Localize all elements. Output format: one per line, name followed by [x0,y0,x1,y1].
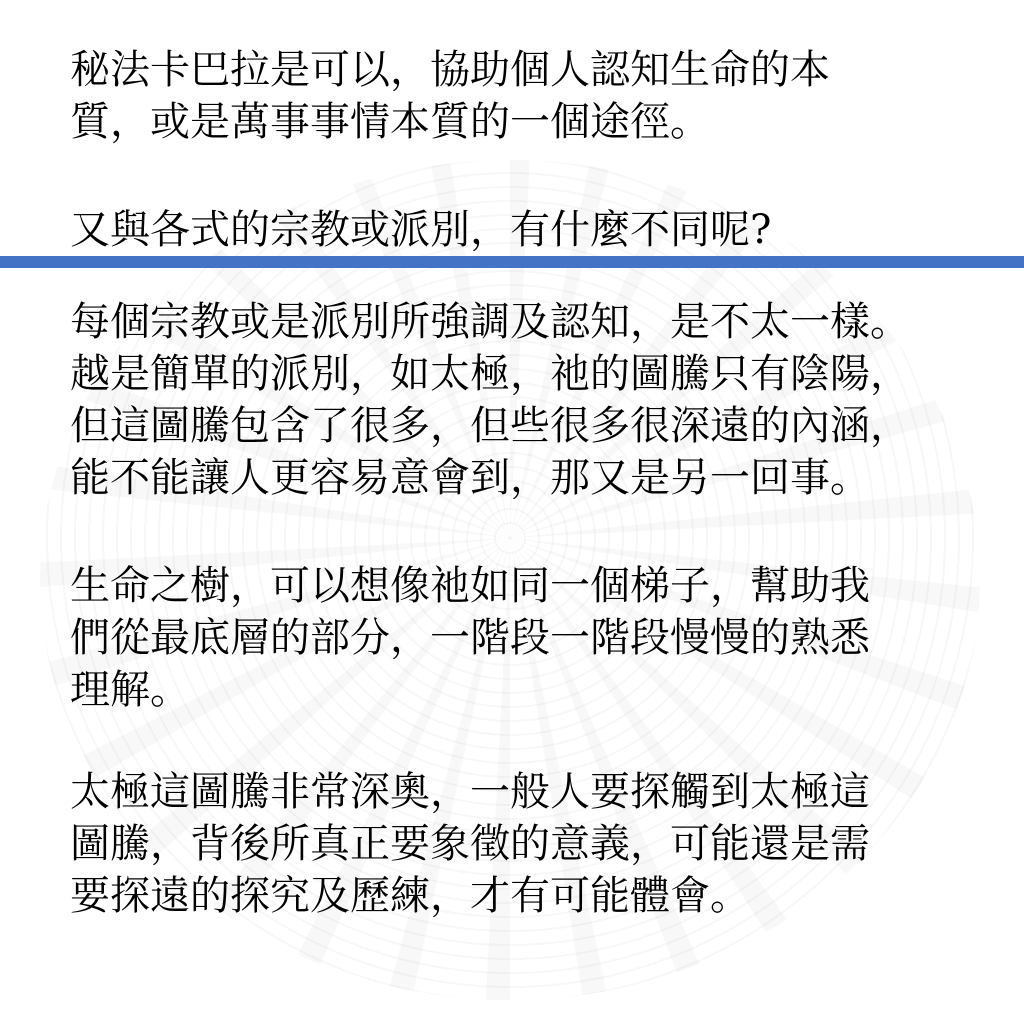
text-line: 越是簡單的派別，如太極，祂的圖騰只有陰陽， [70,348,910,400]
paragraph-religions: 每個宗教或是派別所強調及認知，是不太一樣。 越是簡單的派別，如太極，祂的圖騰只有… [70,296,910,504]
text-line: 要探遠的探究及歷練，才有可能體會。 [70,870,870,922]
text-line: 能不能讓人更容易意會到，那又是另一回事。 [70,452,910,504]
text-line: 圖騰，背後所真正要象徵的意義，可能還是需 [70,818,870,870]
text-line: 但這圖騰包含了很多，但些很多很深遠的內涵， [70,400,910,452]
text-line: 理解。 [70,664,870,716]
question-heading: 又與各式的宗教或派別，有什麼不同呢? [70,204,771,256]
text-line: 秘法卡巴拉是可以，協助個人認知生命的本 [70,44,830,96]
text-line: 們從最底層的部分，一階段一階段慢慢的熟悉 [70,612,870,664]
divider-bar [0,256,1024,268]
text-line: 太極這圖騰非常深奧，一般人要探觸到太極這 [70,766,870,818]
text-line: 質，或是萬事事情本質的一個途徑。 [70,96,830,148]
paragraph-tree-of-life: 生命之樹，可以想像祂如同一個梯子，幫助我 們從最底層的部分，一階段一階段慢慢的熟… [70,560,870,716]
text-line: 每個宗教或是派別所強調及認知，是不太一樣。 [70,296,910,348]
question-text: 又與各式的宗教或派別，有什麼不同呢? [70,204,771,256]
intro-paragraph: 秘法卡巴拉是可以，協助個人認知生命的本 質，或是萬事事情本質的一個途徑。 [70,44,830,148]
paragraph-taiji: 太極這圖騰非常深奧，一般人要探觸到太極這 圖騰，背後所真正要象徵的意義，可能還是… [70,766,870,922]
text-line: 生命之樹，可以想像祂如同一個梯子，幫助我 [70,560,870,612]
